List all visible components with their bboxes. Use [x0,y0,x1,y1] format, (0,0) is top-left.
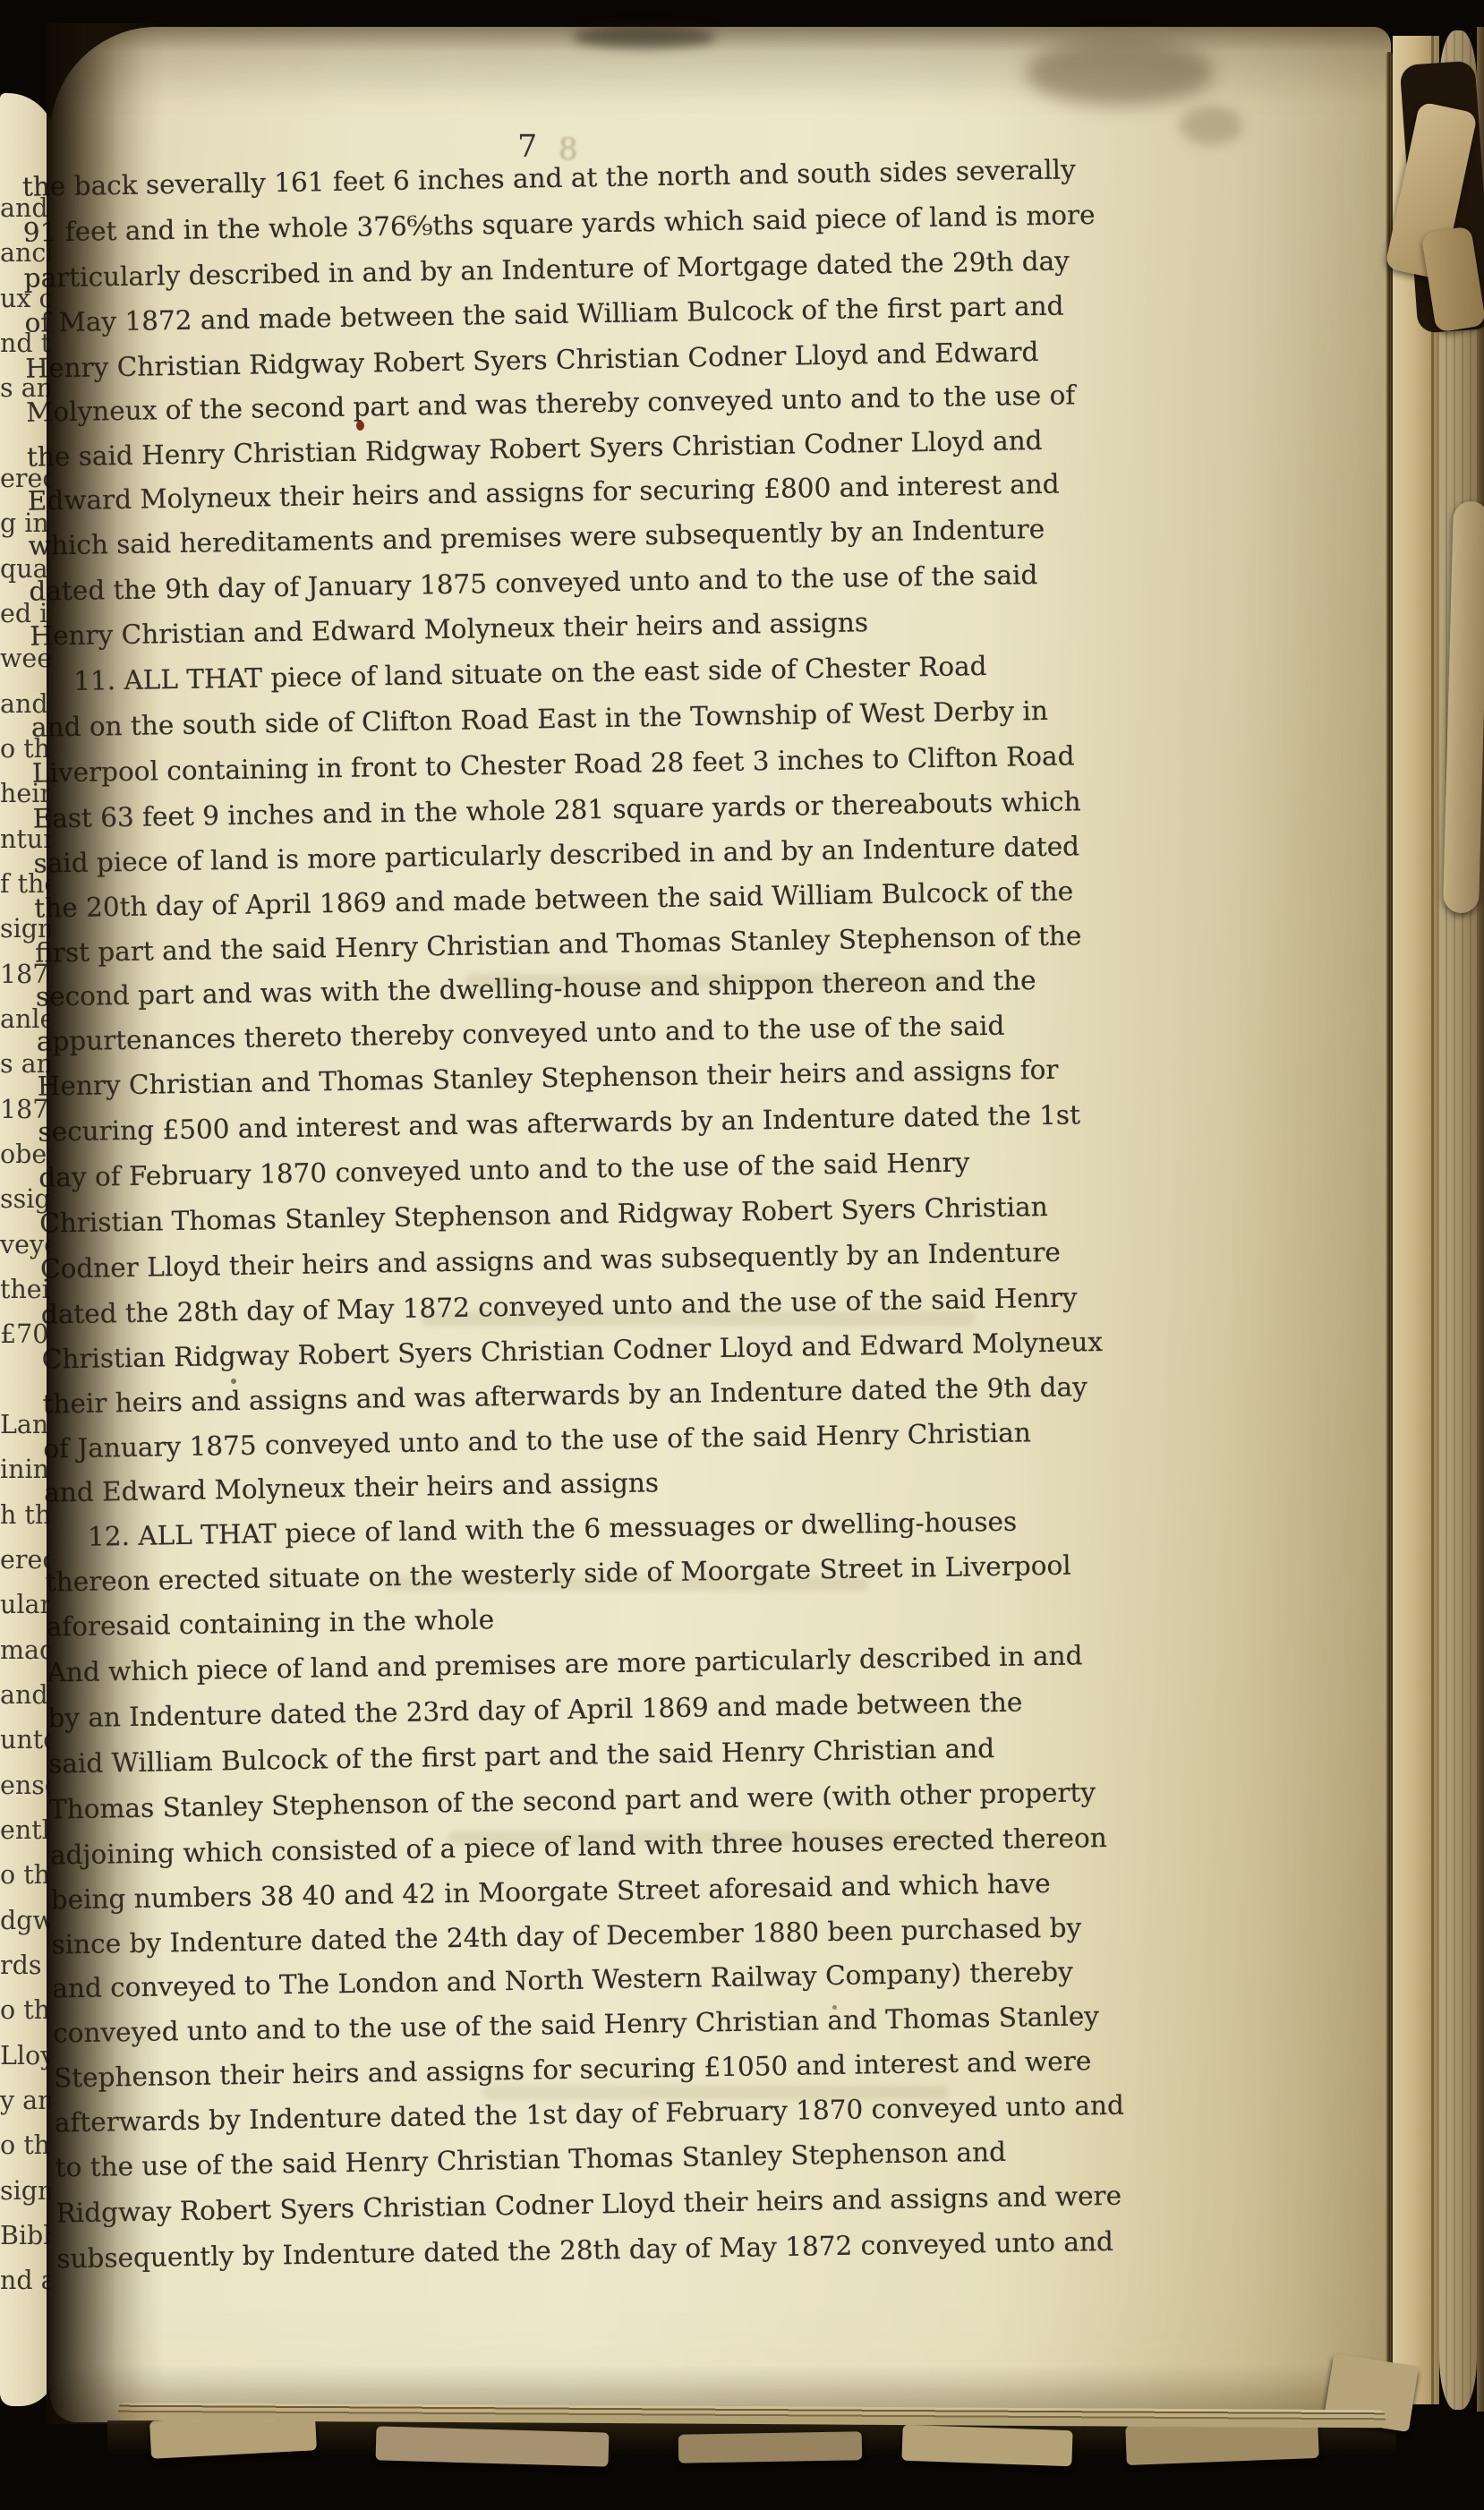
facing-page-fragment: o the [0,1853,47,1898]
facing-page-fragment: enson [0,1763,47,1808]
facing-page-fragment: unto [0,1718,47,1763]
facing-page-fragment: made [0,1628,47,1673]
facing-page-fragment: rds by [0,1943,47,1988]
facing-page-fragment: Lloyd [0,2034,47,2079]
facing-page-fragment: y an [0,2079,47,2123]
facing-page-fragment: and [0,1673,47,1718]
torn-paper-bit [376,2426,610,2466]
page-edge-stack [1393,36,1439,2404]
book-scan: andancisux ofnd tos andereong inquareed … [0,0,1484,2510]
facing-page-fragment: o the [0,1988,47,2033]
facing-page-fragment: dgway [0,1899,47,1943]
facing-page-fragment: Lane [0,1403,47,1447]
facing-page-fragment: ining [0,1447,47,1492]
page-text: the back severally 161 feet 6 inches and… [20,0,990,2370]
page-edge-stack [1477,27,1484,2412]
torn-paper-bit [901,2425,1072,2467]
page-crease-line [1386,52,1393,2376]
page-edge-stack [1439,30,1477,2410]
facing-page-fragment: ularly [0,1583,47,1627]
torn-paper-bit [678,2431,863,2463]
facing-page-fragment: ently [0,1808,47,1853]
facing-page-fragment: nd at [0,2258,47,2303]
facing-page-fragment: £700 [0,1312,47,1357]
facing-page-fragment: o the [0,2123,47,2168]
facing-page-fragment: h the [0,1493,47,1538]
facing-page-fragment: ereon [0,1538,47,1583]
facing-page-fragment: signs. [0,2169,47,2214]
facing-page-fragment: Bibby [0,2214,47,2258]
